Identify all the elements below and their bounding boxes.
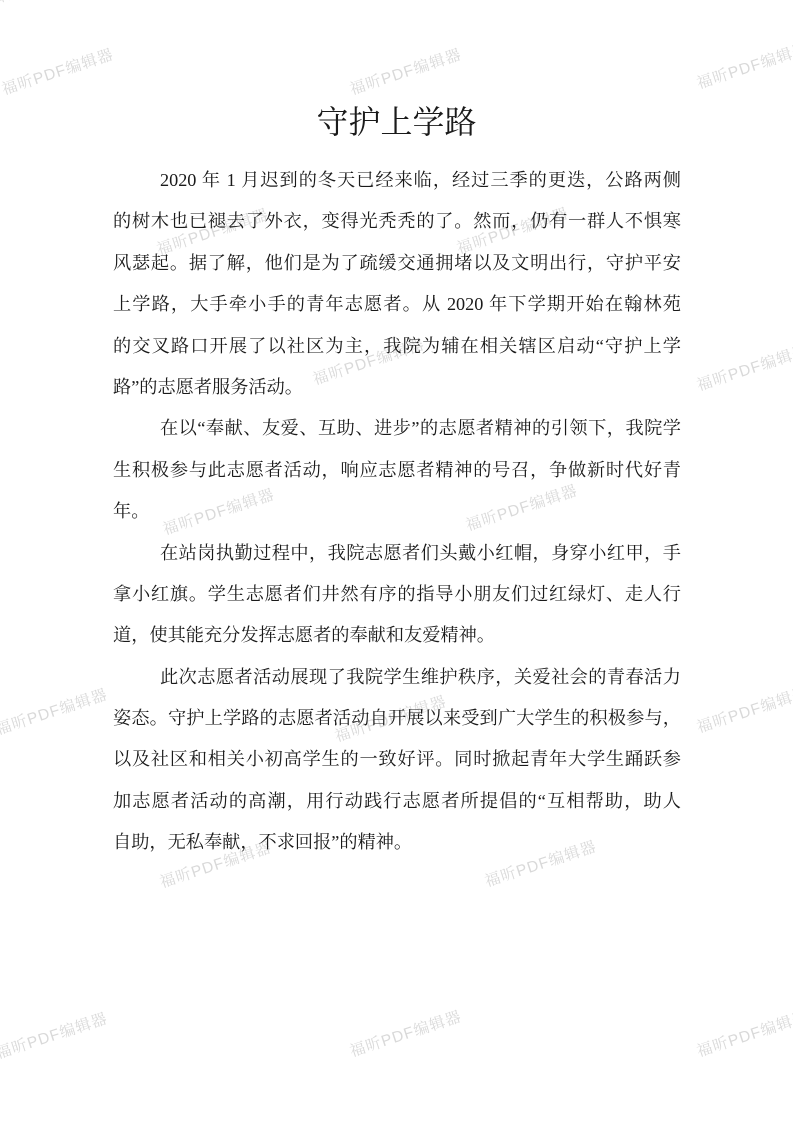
pdf-editor-watermark: 福昕PDF编辑器 <box>694 681 793 738</box>
body-line: 此次志愿者活动展现了我院学生维护秩序，关爱社会的青春活力 <box>113 657 681 698</box>
body-line: 的交叉路口开展了以社区为主，我院为辅在相关辖区启动“守护上学 <box>113 326 681 367</box>
body-line: 姿态。守护上学路的志愿者活动自开展以来受到广大学生的积极参与， <box>113 698 681 739</box>
body-line: 自助，无私奉献，不求回报”的精神。 <box>113 822 681 863</box>
pdf-editor-watermark: 福昕PDF编辑器 <box>0 43 116 100</box>
pdf-editor-watermark: 福昕PDF编辑器 <box>0 683 110 740</box>
body-line: 生积极参与此志愿者活动，响应志愿者精神的号召，争做新时代好青 <box>113 450 681 491</box>
body-line: 在站岗执勤过程中，我院志愿者们头戴小红帽，身穿小红甲，手 <box>113 533 681 574</box>
body-line: 2020 年 1 月迟到的冬天已经来临，经过三季的更迭，公路两侧 <box>113 160 681 201</box>
pdf-editor-watermark: 福昕PDF编辑器 <box>0 0 24 35</box>
body-line: 路”的志愿者服务活动。 <box>113 367 681 408</box>
pdf-editor-watermark: 福昕PDF编辑器 <box>347 43 465 100</box>
body-line: 年。 <box>113 491 681 532</box>
body-line: 风瑟起。据了解，他们是为了疏缓交通拥堵以及文明出行，守护平安 <box>113 243 681 284</box>
document-page: 福昕PDF编辑器福昕PDF编辑器福昕PDF编辑器福昕PDF编辑器福昕PDF编辑器… <box>0 0 793 1122</box>
body-line: 道，使其能充分发挥志愿者的奉献和友爱精神。 <box>113 615 681 656</box>
body-line: 拿小红旗。学生志愿者们井然有序的指导小朋友们过红绿灯、走人行 <box>113 574 681 615</box>
body-line: 的树木也已褪去了外衣，变得光秃秃的了。然而，仍有一群人不惧寒 <box>113 201 681 242</box>
document-body: 2020 年 1 月迟到的冬天已经来临，经过三季的更迭，公路两侧的树木也已褪去了… <box>113 160 681 864</box>
body-line: 在以“奉献、友爱、互助、进步”的志愿者精神的引领下，我院学 <box>113 408 681 449</box>
body-line: 上学路，大手牵小手的青年志愿者。从 2020 年下学期开始在翰林苑 <box>113 284 681 325</box>
page-title: 守护上学路 <box>0 104 793 140</box>
pdf-editor-watermark: 福昕PDF编辑器 <box>347 1005 465 1062</box>
pdf-editor-watermark: 福昕PDF编辑器 <box>694 339 793 396</box>
pdf-editor-watermark: 福昕PDF编辑器 <box>694 37 793 94</box>
body-line: 加志愿者活动的高潮，用行动践行志愿者所提倡的“互相帮助，助人 <box>113 781 681 822</box>
body-line: 以及社区和相关小初高学生的一致好评。同时掀起青年大学生踊跃参 <box>113 739 681 780</box>
pdf-editor-watermark: 福昕PDF编辑器 <box>0 1007 110 1064</box>
pdf-editor-watermark: 福昕PDF编辑器 <box>694 1005 793 1062</box>
